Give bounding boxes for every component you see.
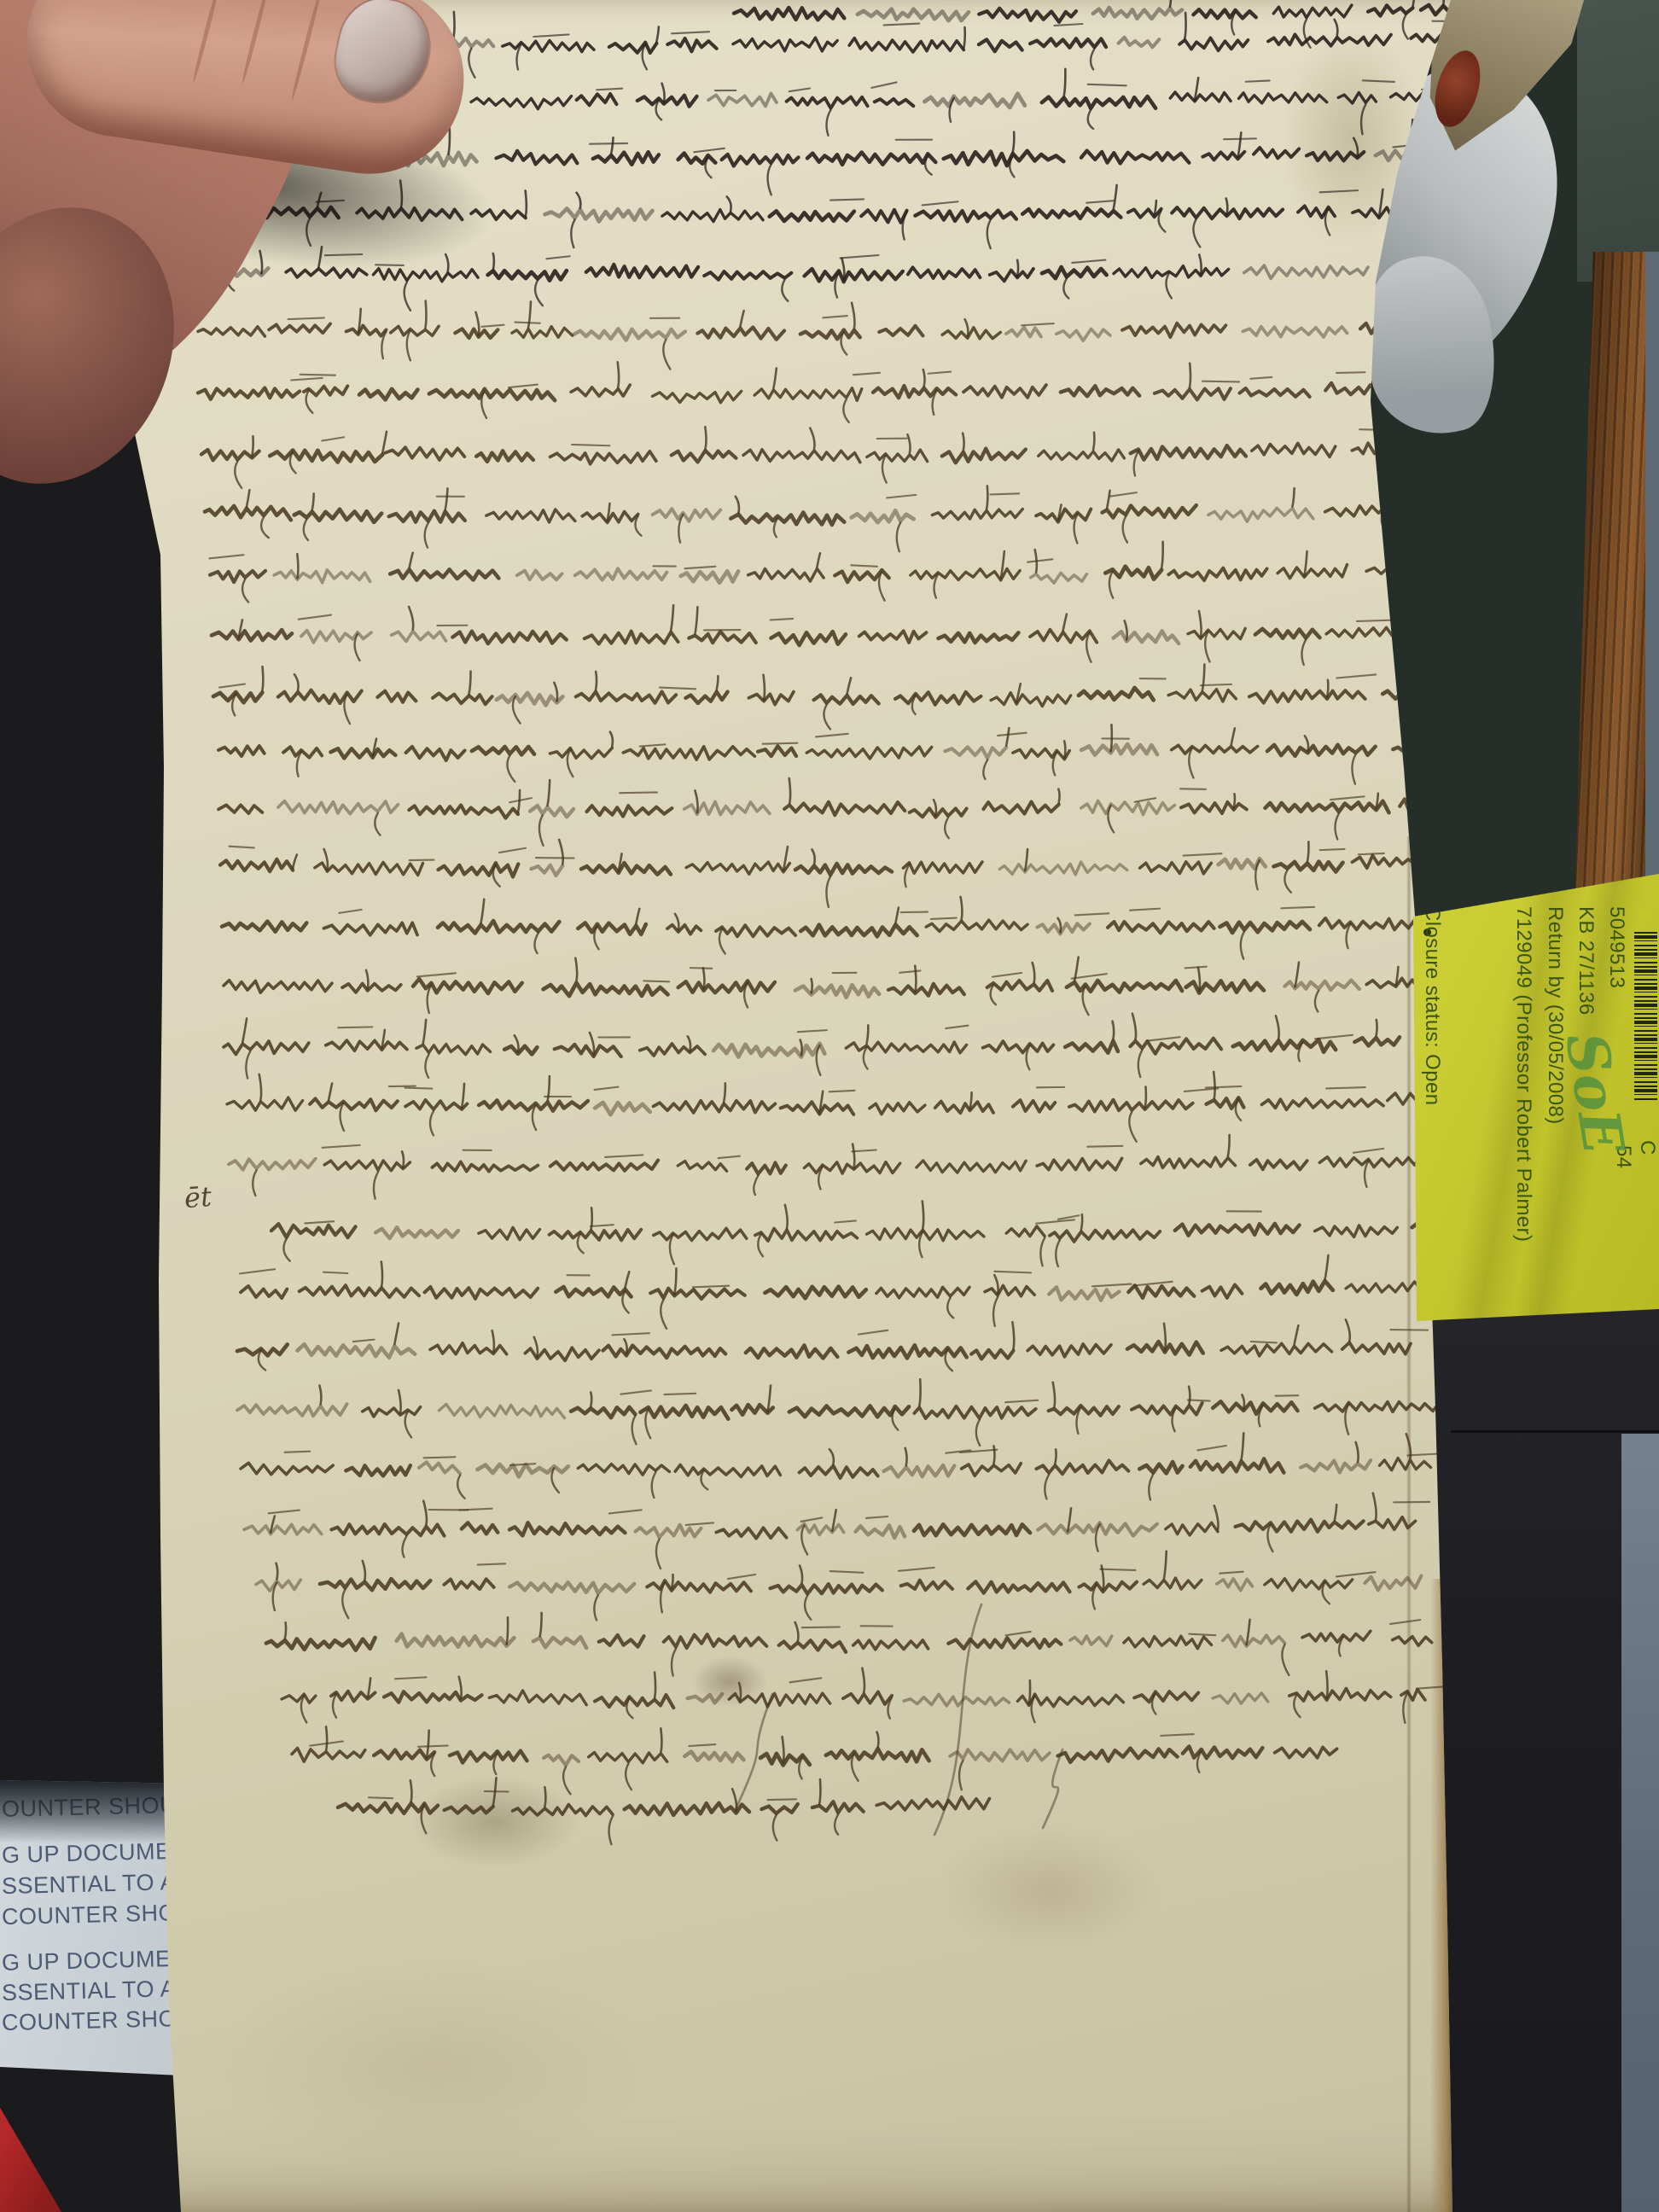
label-rotated-content: C 54 5049513 KB 27/1136 Return by (30/05… <box>1410 867 1659 1328</box>
archival-label: C 54 5049513 KB 27/1136 Return by (30/05… <box>1410 867 1659 1328</box>
barcode <box>1634 932 1657 1101</box>
label-closure-status: Closure status: Open <box>1420 906 1444 1105</box>
finger-crease <box>191 0 221 83</box>
blue-gray-surface-bottom <box>1621 1434 1659 2212</box>
finger-crease <box>241 0 271 84</box>
finger-crease <box>290 0 323 101</box>
margin-note: ēt <box>183 1180 212 1214</box>
label-handwritten-note: SoE <box>1552 1028 1637 1158</box>
label-document-number: 5049513 <box>1604 906 1628 988</box>
blue-gray-surface-top <box>1645 252 1659 909</box>
label-corner-letter: C <box>1635 1140 1659 1155</box>
red-object-corner <box>0 2101 85 2212</box>
board-seam <box>1451 1430 1659 1433</box>
label-reader: 7129049 (Professor Robert Palmer) <box>1511 906 1535 1242</box>
counter-instruction-sheet: OUNTER SHOULD G UP DOCUMENT SSENTIAL TO … <box>0 1780 189 2079</box>
label-reference: KB 27/1136 <box>1574 906 1598 1016</box>
shadow-over-sheet <box>0 1780 189 1843</box>
photo-of-medieval-plea-roll: OUNTER SHOULD G UP DOCUMENT SSENTIAL TO … <box>0 0 1659 2212</box>
gray-green-background <box>1577 0 1659 282</box>
